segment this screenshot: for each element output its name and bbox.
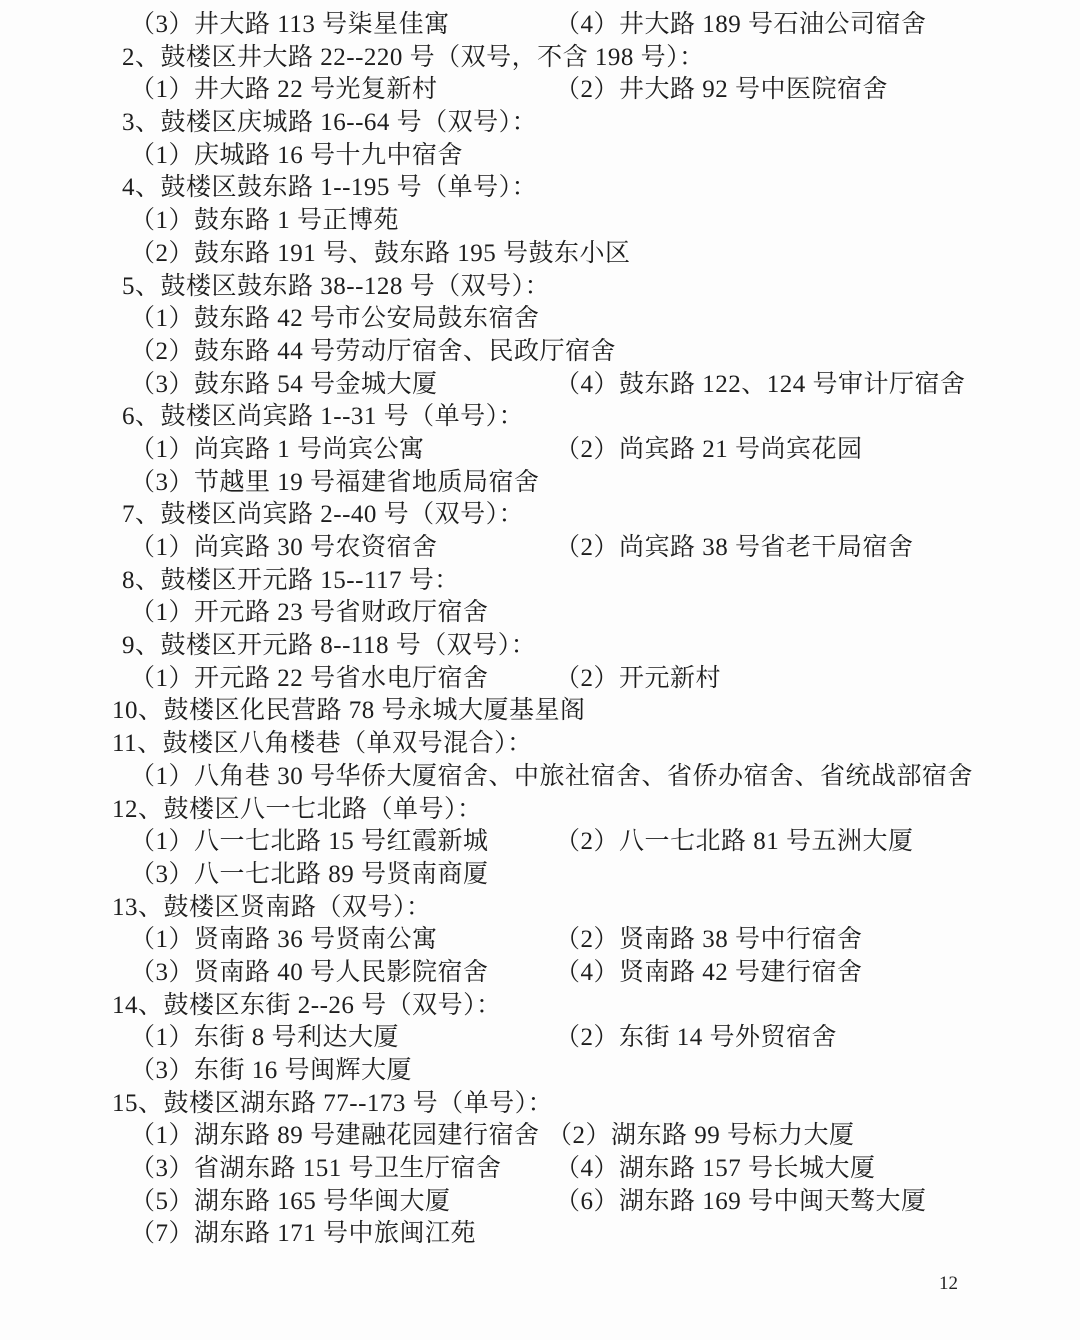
list-line-col2: （2）井大路 92 号中医院宿舍 <box>555 74 888 107</box>
list-line-col2: （4）贤南路 42 号建行宿舍 <box>555 957 863 990</box>
list-line-col1: 3、鼓楼区庆城路 16--64 号（双号）： <box>122 107 537 140</box>
list-line-col1: （1）鼓东路 42 号市公安局鼓东宿舍 <box>130 303 540 336</box>
list-line-col1: 4、鼓楼区鼓东路 1--195 号（单号）： <box>122 172 537 205</box>
list-line: 11、鼓楼区八角楼巷（单双号混合）： <box>0 728 1080 761</box>
list-line: 7、鼓楼区尚宾路 2--40 号（双号）： <box>0 499 1080 532</box>
list-line-col1: （1）尚宾路 30 号农资宿舍 <box>130 532 438 565</box>
list-line-col2: （2）东街 14 号外贸宿舍 <box>555 1022 837 1055</box>
list-line: （3）井大路 113 号柒星佳寓（4）井大路 189 号石油公司宿舍 <box>0 9 1080 42</box>
list-line: （1）贤南路 36 号贤南公寓（2）贤南路 38 号中行宿舍 <box>0 924 1080 957</box>
list-line: 6、鼓楼区尚宾路 1--31 号（单号）： <box>0 401 1080 434</box>
list-line: （7）湖东路 171 号中旅闽江苑 <box>0 1218 1080 1251</box>
list-line-col1: 9、鼓楼区开元路 8--118 号（双号）： <box>122 630 536 663</box>
list-line-col1: （3）井大路 113 号柒星佳寓 <box>130 9 450 42</box>
list-line: 4、鼓楼区鼓东路 1--195 号（单号）： <box>0 172 1080 205</box>
list-line-col1: （1）庆城路 16 号十九中宿舍 <box>130 140 463 173</box>
list-line-col1: （1）开元路 23 号省财政厅宿舍 <box>130 597 489 630</box>
list-line-col1: （3）贤南路 40 号人民影院宿舍 <box>130 957 489 990</box>
list-line-col1: 6、鼓楼区尚宾路 1--31 号（单号）： <box>122 401 524 434</box>
list-line-col2: （2）贤南路 38 号中行宿舍 <box>555 924 863 957</box>
list-line-col2: （6）湖东路 169 号中闽天骜大厦 <box>555 1186 927 1219</box>
list-line-col1: （5）湖东路 165 号华闽大厦 <box>130 1186 451 1219</box>
list-line: （1）井大路 22 号光复新村（2）井大路 92 号中医院宿舍 <box>0 74 1080 107</box>
list-line-col1: （2）鼓东路 191 号、鼓东路 195 号鼓东小区 <box>130 238 631 271</box>
page-number: 12 <box>939 1272 958 1296</box>
list-line-col1: （3）八一七北路 89 号贤南商厦 <box>130 859 489 892</box>
list-line-col1: 11、鼓楼区八角楼巷（单双号混合）： <box>112 728 533 761</box>
list-line: （3）东街 16 号闽辉大厦 <box>0 1055 1080 1088</box>
list-line-col1: 10、鼓楼区化民营路 78 号永城大厦基星阁 <box>112 695 586 728</box>
list-line: （5）湖东路 165 号华闽大厦（6）湖东路 169 号中闽天骜大厦 <box>0 1186 1080 1219</box>
list-line-col1: （3）东街 16 号闽辉大厦 <box>130 1055 412 1088</box>
list-line-col2: （4）湖东路 157 号长城大厦 <box>555 1153 876 1186</box>
list-line-col2: （4）鼓东路 122、124 号审计厅宿舍 <box>555 369 966 402</box>
list-line: 10、鼓楼区化民营路 78 号永城大厦基星阁 <box>0 695 1080 728</box>
list-line-col2: （2）八一七北路 81 号五洲大厦 <box>555 826 914 859</box>
list-line-col1: （1）鼓东路 1 号正博苑 <box>130 205 399 238</box>
list-line-col1: （3）省湖东路 151 号卫生厅宿舍 <box>130 1153 502 1186</box>
list-line-col2: （2）开元新村 <box>555 663 721 696</box>
list-line: （1）八角巷 30 号华侨大厦宿舍、中旅社宿舍、省侨办宿舍、省统战部宿舍 <box>0 761 1080 794</box>
list-line: 14、鼓楼区东街 2--26 号（双号）： <box>0 990 1080 1023</box>
list-line-col1: （1）八角巷 30 号华侨大厦宿舍、中旅社宿舍、省侨办宿舍、省统战部宿舍 <box>130 761 973 794</box>
list-line-col1: （1）井大路 22 号光复新村 <box>130 74 438 107</box>
list-line: （1）八一七北路 15 号红霞新城（2）八一七北路 81 号五洲大厦 <box>0 826 1080 859</box>
list-line: 2、鼓楼区井大路 22--220 号（双号，不含 198 号）： <box>0 42 1080 75</box>
list-line-col1: 12、鼓楼区八一七北路（单号）： <box>112 794 483 827</box>
list-line: （3）贤南路 40 号人民影院宿舍（4）贤南路 42 号建行宿舍 <box>0 957 1080 990</box>
list-line-col1: 13、鼓楼区贤南路（双号）： <box>112 892 432 925</box>
list-line: （1）鼓东路 42 号市公安局鼓东宿舍 <box>0 303 1080 336</box>
address-list: （3）井大路 113 号柒星佳寓（4）井大路 189 号石油公司宿舍2、鼓楼区井… <box>0 9 1080 1251</box>
list-line-col1: （1）八一七北路 15 号红霞新城 <box>130 826 489 859</box>
list-line: （1）尚宾路 1 号尚宾公寓（2）尚宾路 21 号尚宾花园 <box>0 434 1080 467</box>
list-line-col1: （2）鼓东路 44 号劳动厅宿舍、民政厅宿舍 <box>130 336 616 369</box>
list-line-col1: （1）尚宾路 1 号尚宾公寓 <box>130 434 425 467</box>
list-line-col1: 15、鼓楼区湖东路 77--173 号（单号）： <box>112 1088 553 1121</box>
list-line: （1）庆城路 16 号十九中宿舍 <box>0 140 1080 173</box>
list-line: 13、鼓楼区贤南路（双号）： <box>0 892 1080 925</box>
list-line: （3）八一七北路 89 号贤南商厦 <box>0 859 1080 892</box>
list-line-col2: （4）井大路 189 号石油公司宿舍 <box>555 9 927 42</box>
list-line-col1: （1）湖东路 89 号建融花园建行宿舍 <box>130 1120 540 1153</box>
document-page: （3）井大路 113 号柒星佳寓（4）井大路 189 号石油公司宿舍2、鼓楼区井… <box>0 0 1080 1340</box>
list-line: （1）尚宾路 30 号农资宿舍（2）尚宾路 38 号省老干局宿舍 <box>0 532 1080 565</box>
list-line-col2: （2）尚宾路 38 号省老干局宿舍 <box>555 532 914 565</box>
list-line-col1: （7）湖东路 171 号中旅闽江苑 <box>130 1218 476 1251</box>
list-line: 8、鼓楼区开元路 15--117 号： <box>0 565 1080 598</box>
list-line-col1: 2、鼓楼区井大路 22--220 号（双号，不含 198 号）： <box>122 42 705 75</box>
list-line: （1）湖东路 89 号建融花园建行宿舍（2）湖东路 99 号标力大厦 <box>0 1120 1080 1153</box>
list-line-col1: （3）节越里 19 号福建省地质局宿舍 <box>130 467 540 500</box>
list-line: （2）鼓东路 191 号、鼓东路 195 号鼓东小区 <box>0 238 1080 271</box>
list-line: 5、鼓楼区鼓东路 38--128 号（双号）： <box>0 271 1080 304</box>
list-line-col1: 5、鼓楼区鼓东路 38--128 号（双号）： <box>122 271 550 304</box>
list-line: 12、鼓楼区八一七北路（单号）： <box>0 794 1080 827</box>
list-line-col2: （2）湖东路 99 号标力大厦 <box>547 1120 855 1153</box>
list-line-col1: （3）鼓东路 54 号金城大厦 <box>130 369 438 402</box>
list-line: （1）开元路 22 号省水电厅宿舍（2）开元新村 <box>0 663 1080 696</box>
list-line-col1: 7、鼓楼区尚宾路 2--40 号（双号）： <box>122 499 524 532</box>
list-line: （1）开元路 23 号省财政厅宿舍 <box>0 597 1080 630</box>
list-line: （2）鼓东路 44 号劳动厅宿舍、民政厅宿舍 <box>0 336 1080 369</box>
list-line-col2: （2）尚宾路 21 号尚宾花园 <box>555 434 863 467</box>
list-line: （3）节越里 19 号福建省地质局宿舍 <box>0 467 1080 500</box>
list-line-col1: （1）开元路 22 号省水电厅宿舍 <box>130 663 489 696</box>
list-line: （1）东街 8 号利达大厦（2）东街 14 号外贸宿舍 <box>0 1022 1080 1055</box>
list-line-col1: （1）贤南路 36 号贤南公寓 <box>130 924 438 957</box>
list-line: 9、鼓楼区开元路 8--118 号（双号）： <box>0 630 1080 663</box>
list-line: （1）鼓东路 1 号正博苑 <box>0 205 1080 238</box>
list-line-col1: 8、鼓楼区开元路 15--117 号： <box>122 565 460 598</box>
list-line: （3）鼓东路 54 号金城大厦（4）鼓东路 122、124 号审计厅宿舍 <box>0 369 1080 402</box>
list-line: 15、鼓楼区湖东路 77--173 号（单号）： <box>0 1088 1080 1121</box>
list-line: 3、鼓楼区庆城路 16--64 号（双号）： <box>0 107 1080 140</box>
list-line: （3）省湖东路 151 号卫生厅宿舍（4）湖东路 157 号长城大厦 <box>0 1153 1080 1186</box>
list-line-col1: 14、鼓楼区东街 2--26 号（双号）： <box>112 990 502 1023</box>
list-line-col1: （1）东街 8 号利达大厦 <box>130 1022 399 1055</box>
